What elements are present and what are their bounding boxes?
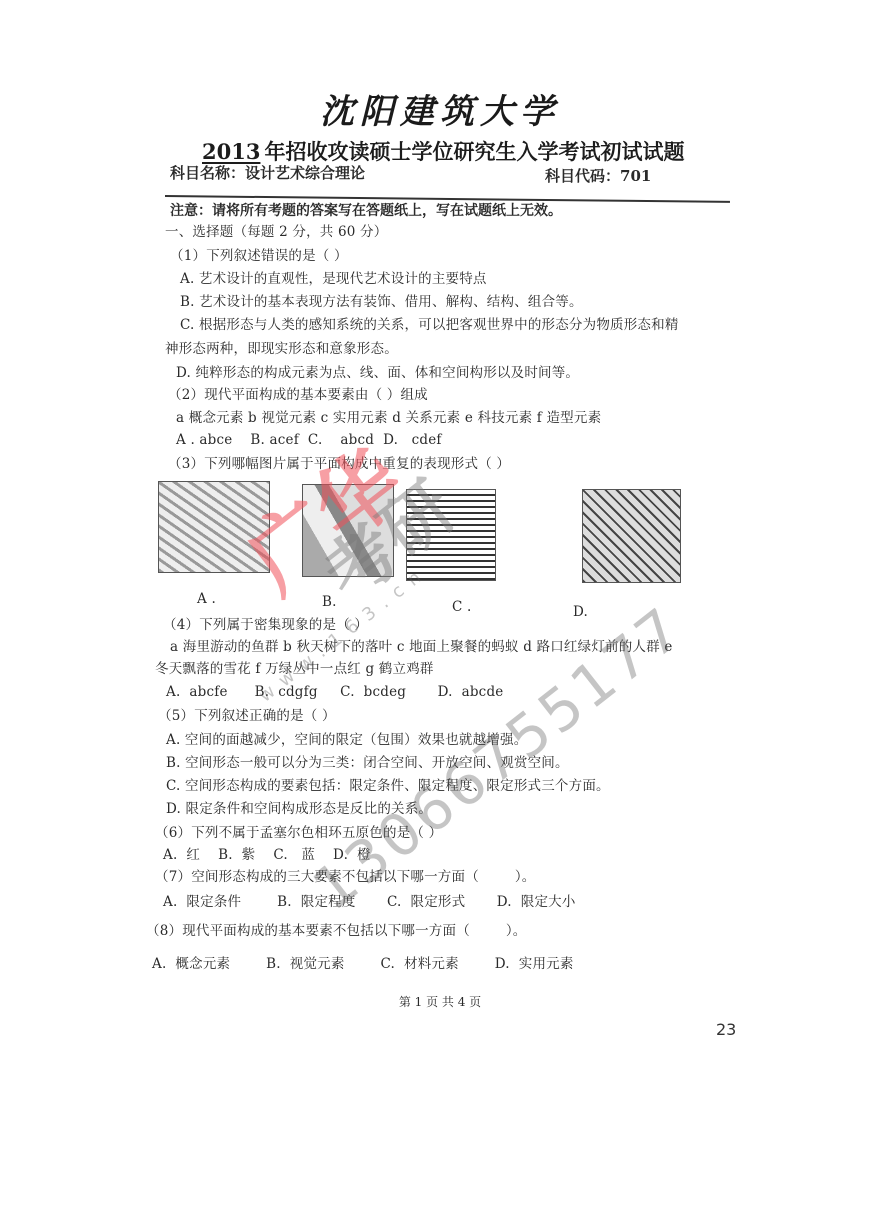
question-4-options: A. abcfe B. cdgfg C. bcdeg D. abcde bbox=[166, 683, 503, 701]
page-footer: 第 1 页 共 4 页 bbox=[0, 993, 880, 1010]
question-1-option: B. 艺术设计的基本表现方法有装饰、借用、解构、结构、组合等。 bbox=[180, 293, 583, 311]
image-label-b: B. bbox=[322, 593, 337, 611]
question-1-stem: （1）下列叙述错误的是（ ） bbox=[170, 247, 348, 265]
exam-notice: 注意：请将所有考题的答案写在答题纸上，写在试题纸上无效。 bbox=[170, 200, 562, 220]
question-1-option: C. 根据形态与人类的感知系统的关系，可以把客观世界中的形态分为物质形态和精 bbox=[180, 316, 679, 334]
image-label-a: A . bbox=[197, 590, 216, 608]
subject-name: 科目名称：设计艺术综合理论 bbox=[170, 162, 365, 183]
exam-year: 2013 bbox=[200, 139, 264, 164]
question-1-option: D. 纯粹形态的构成元素为点、线、面、体和空间构形以及时间等。 bbox=[176, 364, 579, 382]
question-8-options: A. 概念元素 B. 视觉元素 C. 材料元素 D. 实用元素 bbox=[152, 955, 574, 973]
image-label-d: D. bbox=[573, 603, 588, 621]
question-1-option: 神形态两种，即现实形态和意象形态。 bbox=[165, 340, 398, 358]
question-5-stem: （5）下列叙述正确的是（ ） bbox=[158, 707, 336, 725]
university-logo: 沈阳建筑大学 bbox=[0, 84, 880, 133]
question-2-elements: a 概念元素 b 视觉元素 c 实用元素 d 关系元素 e 科技元素 f 造型元… bbox=[176, 409, 601, 427]
question-2-options: A . abce B. acef C. abcd D. cdef bbox=[176, 431, 442, 449]
image-label-c: C . bbox=[452, 598, 472, 616]
question-2-stem: （2）现代平面构成的基本要素由（ ）组成 bbox=[168, 386, 428, 404]
question-1-option: A. 艺术设计的直观性，是现代艺术设计的主要特点 bbox=[180, 270, 487, 288]
exam-title-text: 年招收攻读硕士学位研究生入学考试初试试题 bbox=[264, 139, 684, 164]
page-number: 23 bbox=[716, 1020, 736, 1039]
subject-code: 科目代码：701 bbox=[545, 165, 651, 186]
section-title: 一、选择题（每题 2 分，共 60 分） bbox=[165, 223, 387, 241]
question-5-option: C. 空间形态构成的要素包括：限定条件、限定程度、限定形式三个方面。 bbox=[166, 777, 610, 795]
question-8-stem: （8）现代平面构成的基本要素不包括以下哪一方面（ ）。 bbox=[146, 922, 526, 940]
option-d-image bbox=[582, 489, 681, 583]
